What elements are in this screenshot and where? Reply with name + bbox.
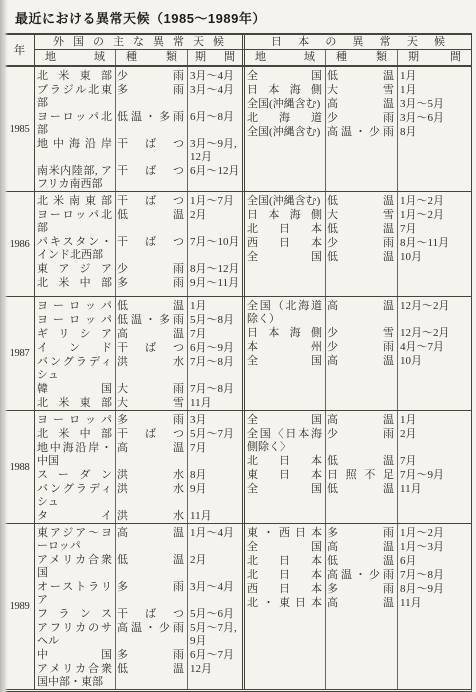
table-row: フランス干ばつ5月～6月	[35, 607, 242, 621]
column-divider	[115, 524, 116, 689]
region-cell: 本州	[245, 341, 325, 354]
column-divider	[325, 411, 326, 523]
type-cell: 日照不足	[325, 469, 397, 482]
region-cell: 北米東部	[35, 397, 115, 410]
foreign-entries: 北米東部少雨3月～4月ブラジル北東部多雨3月～4月ヨーロッパ北部低温・多雨6月～…	[35, 67, 245, 191]
type-cell: 多雨	[325, 583, 397, 596]
table-row: ブラジル北東部多雨3月～4月	[35, 83, 242, 110]
table-row: 北日本高温・少雨7月～8月	[245, 568, 471, 582]
type-cell: 洪水	[115, 483, 187, 509]
type-cell: 高温	[325, 98, 397, 111]
column-divider	[187, 192, 188, 296]
period-cell: 6月～9月	[187, 342, 245, 355]
table-row: 西日本多雨8月～9月	[245, 582, 471, 596]
table-row: 全国低温1月	[245, 69, 471, 83]
type-cell: 低温	[115, 209, 187, 235]
period-cell: 3月～5月	[397, 98, 471, 111]
region-cell: スーダン	[35, 469, 115, 482]
period-cell: 5月～7月	[187, 428, 245, 441]
scanned-document-page: 最近における異常天候（1985～1989年） 年 外国の主な異常天候 日本の異常…	[0, 0, 476, 692]
column-header-row: 地域 種類 期間 地域 種類 期間	[35, 50, 471, 65]
region-cell: 全国	[245, 483, 325, 496]
region-cell: 北日本	[245, 223, 325, 236]
table-row: 全国低温11月	[245, 482, 471, 496]
period-cell: 1月	[397, 84, 471, 97]
type-cell: 低温	[325, 195, 397, 208]
type-cell: 干ばつ	[115, 608, 187, 621]
table-row: ヨーロッパ低温・多雨5月～8月	[35, 313, 242, 327]
table-row: 北日本低温7月	[245, 222, 471, 236]
type-cell: 多雨	[115, 414, 187, 427]
type-cell: 高温・少雨	[325, 126, 397, 139]
table-row: 北海道少雨3月～6月	[245, 111, 471, 125]
column-divider	[115, 411, 116, 523]
region-cell: ヨーロッパ	[35, 414, 115, 427]
type-cell: 干ばつ	[115, 236, 187, 262]
table-row: アフリカのサヘル高温・少雨5月～7月, 9月	[35, 621, 242, 648]
weather-year-section: 1987ヨーロッパ低温1月ヨーロッパ低温・多雨5月～8月ギリシア高温7月インド干…	[5, 296, 471, 410]
period-cell: 7月	[397, 223, 471, 236]
region-cell: 東アジア～ヨーロッパ	[35, 527, 115, 553]
type-cell: 低温	[115, 554, 187, 580]
table-row: 北日本低温6月	[245, 554, 471, 568]
column-divider	[187, 411, 188, 523]
foreign-group-header: 外国の主な異常天候	[35, 35, 245, 49]
region-cell: 北米中部	[35, 428, 115, 441]
region-cell: アメリカ合衆国	[35, 554, 115, 580]
period-cell: 1月	[187, 300, 245, 313]
year-cell: 1989	[5, 524, 35, 689]
region-cell: 中国	[35, 649, 115, 662]
region-cell: 全国	[245, 541, 325, 554]
table-row: 全国（北海道除く）高温12月～2月	[245, 299, 471, 326]
type-cell: 少雨	[325, 237, 397, 250]
type-cell: 干ばつ	[115, 428, 187, 441]
type-cell: 低温	[325, 223, 397, 236]
year-cell: 1985	[5, 67, 35, 191]
type-cell: 低温	[325, 455, 397, 468]
region-cell: 地中海沿岸	[35, 138, 115, 164]
period-cell: 7月	[397, 455, 471, 468]
type-cell: 干ばつ	[115, 195, 187, 208]
region-cell: ヨーロッパ	[35, 314, 115, 327]
period-cell: 10月	[397, 355, 471, 368]
table-row: 北米南東部干ばつ1月～7月	[35, 194, 242, 208]
table-row: 北米中部干ばつ5月～7月	[35, 427, 242, 441]
region-cell: 北米中部	[35, 277, 115, 290]
region-cell: 韓国	[35, 383, 115, 396]
column-divider	[187, 67, 188, 191]
foreign-type-header: 種類	[115, 50, 187, 65]
type-cell: 低温・多雨	[115, 111, 187, 137]
type-cell: 少雨	[325, 112, 397, 125]
region-cell: 西日本	[245, 237, 325, 250]
period-cell: 4月～7月	[397, 341, 471, 354]
region-cell: 全国(沖縄含む)	[245, 98, 325, 111]
period-cell: 8月～9月	[397, 583, 471, 596]
japan-group-header: 日本の異常天候	[245, 35, 471, 49]
region-cell: ギリシア	[35, 328, 115, 341]
japan-region-header: 地域	[245, 50, 325, 65]
column-divider	[397, 192, 398, 296]
period-cell: 5月～6月	[187, 608, 245, 621]
table-row: 全国低温10月	[245, 250, 471, 264]
type-cell: 多雨	[115, 84, 187, 110]
period-cell: 11月	[397, 483, 471, 496]
year-cell: 1988	[5, 411, 35, 523]
type-cell: 大雪	[325, 84, 397, 97]
table-row: 東アジア少雨8月～12月	[35, 262, 242, 276]
region-cell: 北海道	[245, 112, 325, 125]
type-cell: 大雪	[115, 397, 187, 410]
table-row: 北米中部多雨9月～11月	[35, 276, 242, 290]
period-cell: 6月～8月	[187, 111, 245, 137]
column-divider	[325, 524, 326, 689]
table-row: ヨーロッパ北部低温2月	[35, 208, 242, 235]
column-divider	[397, 411, 398, 523]
weather-year-section: 1986北米南東部干ばつ1月～7月ヨーロッパ北部低温2月パキスタン・インド北西部…	[5, 191, 471, 296]
column-divider	[115, 67, 116, 191]
period-cell: 3月～4月	[187, 581, 245, 607]
table-row: ギリシア高温7月	[35, 327, 242, 341]
table-row: 全国高温1月～3月	[245, 540, 471, 554]
japan-entries: 全国(沖縄含む)低温1月～2月日本海側大雪1月～2月北日本低温7月西日本少雨8月…	[245, 192, 471, 296]
period-cell: 3月～4月	[187, 70, 245, 83]
type-cell: 高温・少雨	[325, 569, 397, 582]
table-row: 全国(沖縄含む)高温・少雨8月	[245, 125, 471, 139]
foreign-entries: 東アジア～ヨーロッパ高温1月～4月アメリカ合衆国低温2月オーストラリア多雨3月～…	[35, 524, 245, 689]
type-cell: 高温	[325, 300, 397, 326]
type-cell: 大雨	[115, 383, 187, 396]
period-cell: 7月～8月	[187, 383, 245, 396]
table-row: 全国〈日本海側除く〉少雨2月	[245, 427, 471, 454]
period-cell: 7月	[187, 328, 245, 341]
type-cell: 多雨	[115, 277, 187, 290]
type-cell: 干ばつ	[115, 138, 187, 164]
region-cell: バングラディシュ	[35, 356, 115, 382]
column-divider	[187, 297, 188, 410]
type-cell: 低温・多雨	[115, 314, 187, 327]
table-row: バングラディシュ洪水9月	[35, 482, 242, 509]
period-cell: 6月	[397, 555, 471, 568]
type-cell: 少雨	[325, 428, 397, 454]
table-row: バングラディシュ洪水7月～8月	[35, 355, 242, 382]
table-row: アメリカ合衆国中部・東部低温12月	[35, 662, 242, 689]
period-cell: 3月～6月	[397, 112, 471, 125]
table-row: パキスタン・インド北西部干ばつ7月～10月	[35, 235, 242, 262]
column-divider	[115, 192, 116, 296]
region-cell: 東・西日本	[245, 527, 325, 540]
period-cell: 3月～9月, 12月	[187, 138, 245, 164]
region-cell: 南米内陸部, アフリカ南西部	[35, 165, 115, 191]
region-cell: 北日本	[245, 455, 325, 468]
period-cell: 7月～10月	[187, 236, 245, 262]
table-row: 全国(沖縄含む)低温1月～2月	[245, 194, 471, 208]
region-cell: 日本海側	[245, 84, 325, 97]
type-cell: 低温	[325, 483, 397, 496]
type-cell: 低温	[115, 300, 187, 313]
period-cell: 2月	[397, 428, 471, 454]
region-cell: ヨーロッパ北部	[35, 209, 115, 235]
period-cell: 8月～11月	[397, 237, 471, 250]
region-cell: インド	[35, 342, 115, 355]
japan-entries: 全国高温1月全国〈日本海側除く〉少雨2月北日本低温7月東日本日照不足7月～9月全…	[245, 411, 471, 523]
period-cell: 5月～7月, 9月	[187, 622, 245, 648]
type-cell: 少雨	[115, 70, 187, 83]
period-cell: 2月	[187, 554, 245, 580]
period-cell: 3月	[187, 414, 245, 427]
table-row: 地中海沿岸干ばつ3月～9月, 12月	[35, 137, 242, 164]
region-cell: 東アジア	[35, 263, 115, 276]
table-row: ヨーロッパ北部低温・多雨6月～8月	[35, 110, 242, 137]
table-row: ヨーロッパ多雨3月	[35, 413, 242, 427]
table-row: 全国高温1月	[245, 413, 471, 427]
type-cell: 高温	[115, 442, 187, 468]
foreign-entries: ヨーロッパ多雨3月北米中部干ばつ5月～7月地中海沿岸・中国高温7月スーダン洪水8…	[35, 411, 245, 523]
japan-entries: 全国（北海道除く）高温12月～2月日本海側少雪12月～2月本州少雨4月～7月全国…	[245, 297, 471, 410]
region-cell: ヨーロッパ北部	[35, 111, 115, 137]
period-cell: 11月	[187, 510, 245, 523]
type-cell: 多雨	[115, 649, 187, 662]
type-cell: 低温	[325, 70, 397, 83]
foreign-entries: 北米南東部干ばつ1月～7月ヨーロッパ北部低温2月パキスタン・インド北西部干ばつ7…	[35, 192, 245, 296]
period-cell: 6月～7月	[187, 649, 245, 662]
table-row: 全国(沖縄含む)高温3月～5月	[245, 97, 471, 111]
table-body: 1985北米東部少雨3月～4月ブラジル北東部多雨3月～4月ヨーロッパ北部低温・多…	[5, 67, 471, 689]
period-cell: 6月～12月	[187, 165, 245, 191]
period-cell: 1月～2月	[397, 527, 471, 540]
table-row: 地中海沿岸・中国高温7月	[35, 441, 242, 468]
region-cell: アメリカ合衆国中部・東部	[35, 663, 115, 689]
table-row: 南米内陸部, アフリカ南西部干ばつ6月～12月	[35, 164, 242, 191]
japan-entries: 全国低温1月日本海側大雪1月全国(沖縄含む)高温3月～5月北海道少雨3月～6月全…	[245, 67, 471, 191]
table-row: 中国多雨6月～7月	[35, 648, 242, 662]
region-cell: 日本海側	[245, 327, 325, 340]
table-row: タイ洪水11月	[35, 509, 242, 523]
region-cell: オーストラリア	[35, 581, 115, 607]
type-cell: 大雪	[325, 209, 397, 222]
region-cell: バングラディシュ	[35, 483, 115, 509]
period-cell: 5月～8月	[187, 314, 245, 327]
type-cell: 低温	[115, 663, 187, 689]
table-row: 西日本少雨8月～11月	[245, 236, 471, 250]
period-cell: 12月～2月	[397, 327, 471, 340]
type-cell: 低温	[325, 555, 397, 568]
region-cell: 日本海側	[245, 209, 325, 222]
foreign-entries: ヨーロッパ低温1月ヨーロッパ低温・多雨5月～8月ギリシア高温7月インド干ばつ6月…	[35, 297, 245, 410]
type-cell: 多雨	[325, 527, 397, 540]
table-header: 年 外国の主な異常天候 日本の異常天候 地域 種類 期間 地域 種類 期間	[5, 35, 471, 67]
type-cell: 洪水	[115, 469, 187, 482]
region-cell: 地中海沿岸・中国	[35, 442, 115, 468]
period-cell: 9月	[187, 483, 245, 509]
region-cell: 全国〈日本海側除く〉	[245, 428, 325, 454]
scan-edge-artifact	[0, 0, 8, 692]
year-cell: 1986	[5, 192, 35, 296]
column-divider	[187, 524, 188, 689]
type-cell: 低温	[325, 251, 397, 264]
type-cell: 高温	[325, 414, 397, 427]
period-cell: 11月	[187, 397, 245, 410]
period-cell: 7月	[187, 442, 245, 468]
region-cell: 東日本	[245, 469, 325, 482]
column-divider	[397, 524, 398, 689]
period-cell: 7月～8月	[397, 569, 471, 582]
region-cell: 北日本	[245, 569, 325, 582]
table-row: 韓国大雨7月～8月	[35, 382, 242, 396]
region-cell: タイ	[35, 510, 115, 523]
type-cell: 高温	[325, 541, 397, 554]
region-cell: ヨーロッパ	[35, 300, 115, 313]
weather-year-section: 1985北米東部少雨3月～4月ブラジル北東部多雨3月～4月ヨーロッパ北部低温・多…	[5, 67, 471, 191]
table-row: 東アジア～ヨーロッパ高温1月～4月	[35, 526, 242, 553]
column-divider	[397, 67, 398, 191]
region-cell: 全国(沖縄含む)	[245, 126, 325, 139]
period-cell: 1月～2月	[397, 209, 471, 222]
abnormal-weather-table: 年 外国の主な異常天候 日本の異常天候 地域 種類 期間 地域 種類 期間 19…	[4, 33, 472, 692]
type-cell: 高温	[325, 597, 397, 610]
japan-entries: 東・西日本多雨1月～2月全国高温1月～3月北日本低温6月北日本高温・少雨7月～8…	[245, 524, 471, 689]
type-cell: 少雨	[115, 263, 187, 276]
region-cell: 全国	[245, 70, 325, 83]
column-divider	[325, 67, 326, 191]
type-cell: 高温	[115, 328, 187, 341]
type-cell: 干ばつ	[115, 165, 187, 191]
column-divider	[325, 297, 326, 410]
column-divider	[325, 192, 326, 296]
period-cell: 1月	[397, 70, 471, 83]
period-cell: 9月～11月	[187, 277, 245, 290]
period-cell: 8月	[187, 469, 245, 482]
table-row: 北米東部少雨3月～4月	[35, 69, 242, 83]
type-cell: 洪水	[115, 510, 187, 523]
region-cell: 北米南東部	[35, 195, 115, 208]
region-cell: パキスタン・インド北西部	[35, 236, 115, 262]
region-cell: アフリカのサヘル	[35, 622, 115, 648]
table-row: インド干ばつ6月～9月	[35, 341, 242, 355]
period-cell: 1月～2月	[397, 195, 471, 208]
column-divider	[115, 297, 116, 410]
table-row: 北日本低温7月	[245, 454, 471, 468]
header-right-block: 外国の主な異常天候 日本の異常天候 地域 種類 期間 地域 種類 期間	[35, 35, 471, 65]
table-row: アメリカ合衆国低温2月	[35, 553, 242, 580]
table-row: スーダン洪水8月	[35, 468, 242, 482]
region-cell: 北日本	[245, 555, 325, 568]
group-header-row: 外国の主な異常天候 日本の異常天候	[35, 35, 471, 50]
period-cell: 11月	[397, 597, 471, 610]
year-cell: 1987	[5, 297, 35, 410]
weather-year-section: 1988ヨーロッパ多雨3月北米中部干ばつ5月～7月地中海沿岸・中国高温7月スーダ…	[5, 410, 471, 523]
japan-type-header: 種類	[325, 50, 397, 65]
period-cell: 2月	[187, 209, 245, 235]
region-cell: 全国（北海道除く）	[245, 300, 325, 326]
table-row: 北・東日本高温11月	[245, 596, 471, 610]
period-cell: 1月	[397, 414, 471, 427]
japan-period-header: 期間	[397, 50, 471, 65]
period-cell: 1月～3月	[397, 541, 471, 554]
table-row: 日本海側大雪1月～2月	[245, 208, 471, 222]
table-row: 東日本日照不足7月～9月	[245, 468, 471, 482]
region-cell: 全国(沖縄含む)	[245, 195, 325, 208]
table-row: 本州少雨4月～7月	[245, 340, 471, 354]
period-cell: 1月～7月	[187, 195, 245, 208]
weather-year-section: 1989東アジア～ヨーロッパ高温1月～4月アメリカ合衆国低温2月オーストラリア多…	[5, 523, 471, 689]
region-cell: 全国	[245, 355, 325, 368]
period-cell: 8月～12月	[187, 263, 245, 276]
foreign-period-header: 期間	[187, 50, 245, 65]
region-cell: 北米東部	[35, 70, 115, 83]
table-row: 日本海側少雪12月～2月	[245, 326, 471, 340]
year-column-header: 年	[5, 35, 35, 65]
region-cell: 西日本	[245, 583, 325, 596]
region-cell: ブラジル北東部	[35, 84, 115, 110]
type-cell: 高温	[115, 527, 187, 553]
period-cell: 10月	[397, 251, 471, 264]
period-cell: 7月～9月	[397, 469, 471, 482]
column-divider	[397, 297, 398, 410]
type-cell: 洪水	[115, 356, 187, 382]
period-cell: 12月	[187, 663, 245, 689]
table-row: 全国高温10月	[245, 354, 471, 368]
type-cell: 少雨	[325, 341, 397, 354]
region-cell: 全国	[245, 414, 325, 427]
table-row: 東・西日本多雨1月～2月	[245, 526, 471, 540]
table-row: ヨーロッパ低温1月	[35, 299, 242, 313]
table-row: 日本海側大雪1月	[245, 83, 471, 97]
type-cell: 干ばつ	[115, 342, 187, 355]
period-cell: 1月～4月	[187, 527, 245, 553]
table-row: 北米東部大雪11月	[35, 396, 242, 410]
region-cell: 北・東日本	[245, 597, 325, 610]
type-cell: 少雪	[325, 327, 397, 340]
foreign-region-header: 地域	[35, 50, 115, 65]
type-cell: 多雨	[115, 581, 187, 607]
period-cell: 8月	[397, 126, 471, 139]
period-cell: 7月～8月	[187, 356, 245, 382]
period-cell: 3月～4月	[187, 84, 245, 110]
table-row: オーストラリア多雨3月～4月	[35, 580, 242, 607]
type-cell: 高温・少雨	[115, 622, 187, 648]
page-title: 最近における異常天候（1985～1989年）	[0, 0, 476, 33]
period-cell: 12月～2月	[397, 300, 471, 326]
region-cell: 全国	[245, 251, 325, 264]
type-cell: 高温	[325, 355, 397, 368]
region-cell: フランス	[35, 608, 115, 621]
